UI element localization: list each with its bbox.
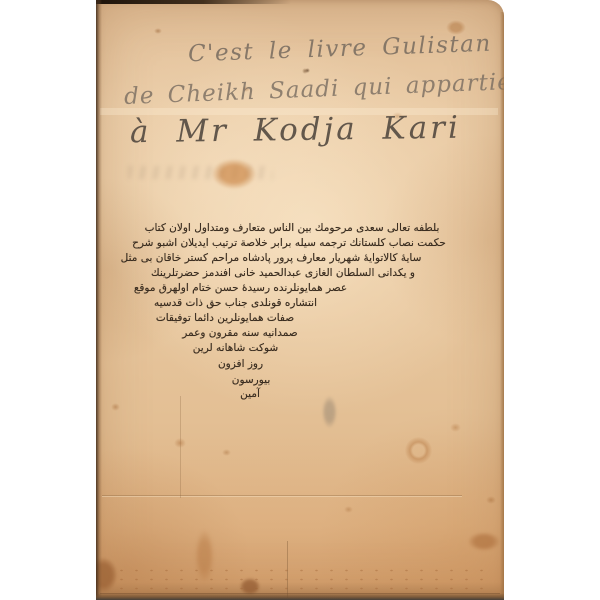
stain-gray-smudge <box>322 396 337 428</box>
stain <box>222 449 231 456</box>
stain <box>468 532 500 551</box>
stain-large-orange <box>212 159 256 189</box>
ottoman-line-11: بيورسون <box>225 374 277 387</box>
inscription-line-3: à Mr Kodja Kari <box>130 110 461 151</box>
stain <box>450 423 461 432</box>
ottoman-line-12: آمين <box>236 388 264 401</box>
page-edge-top-shadow <box>96 0 291 4</box>
stain-left-edge-blob <box>96 558 117 592</box>
ottoman-line-6: انتشاره قونلدى جناب حق ذات قدسيه <box>148 297 323 310</box>
ottoman-line-7: صفات همايونلرين دائما توفيقات <box>152 312 298 325</box>
page-bottom-edge-line <box>100 593 500 594</box>
horizontal-crease-lower <box>102 495 462 496</box>
ink-show-through <box>128 166 273 179</box>
ottoman-line-10: روز افزون <box>211 358 270 371</box>
book-page-photo: C'est le livre Gulistan de Cheikh Saadi … <box>96 0 504 600</box>
stain <box>305 68 310 73</box>
vertical-crease-mid <box>180 396 181 498</box>
ottoman-line-2: حكمت نصاب كلستانك ترجمه سيله برابر خلاصة… <box>108 237 470 250</box>
stain-ring <box>405 437 432 464</box>
stain <box>154 28 162 34</box>
stain-bottom-center <box>240 578 260 595</box>
stain <box>174 438 186 448</box>
ottoman-line-5: عصر همايونلرنده رسيدهٔ حسن ختام اولهرق م… <box>138 282 343 295</box>
inscription-line-2: de Cheikh Saadi qui appartient <box>124 68 504 110</box>
stain-streak <box>195 530 214 582</box>
page-edge-bottom-shadow <box>96 593 504 600</box>
photo-background: C'est le livre Gulistan de Cheikh Saadi … <box>0 0 600 600</box>
ottoman-line-1: بلطفه تعالى سعدى مرحومك بين الناس متعارف… <box>106 222 478 235</box>
paper-lower-tint <box>96 430 504 600</box>
stain-speckle-band <box>114 566 486 590</box>
ottoman-line-4: و يكدانى السلطان الغازى عبدالحميد خانى ا… <box>116 267 450 280</box>
ottoman-line-3: سايهٔ كالاتوايهٔ شهريار معارف پرور پادشا… <box>103 252 439 265</box>
inscription-line-1: C'est le livre Gulistan <box>188 31 492 68</box>
ottoman-line-9: شوكت شاهانه لرين <box>188 342 283 355</box>
page-edge-right-shadow <box>500 12 504 600</box>
page-edge-left-shadow <box>96 0 102 600</box>
vertical-fold-bottom <box>287 541 288 598</box>
stain <box>486 496 496 504</box>
stain <box>111 403 120 411</box>
ottoman-line-8: صمدانيه سنه مقرون وعمر <box>173 327 307 340</box>
stain <box>302 68 308 74</box>
stain <box>344 506 353 513</box>
